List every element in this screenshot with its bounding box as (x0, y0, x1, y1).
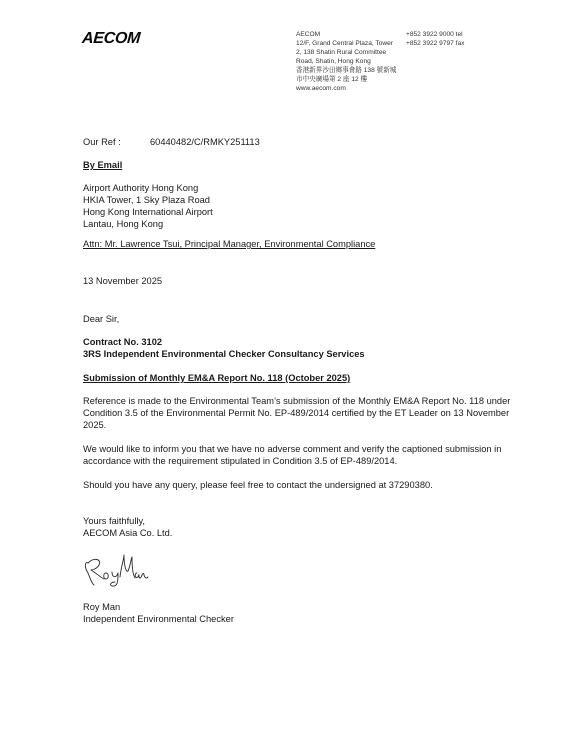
contract-number: Contract No. 3102 (83, 336, 365, 348)
signatory-block: Roy Man Independent Environmental Checke… (83, 601, 234, 625)
contract-title: 3RS Independent Environmental Checker Co… (83, 348, 365, 360)
body-paragraph-3: Should you have any query, please feel f… (83, 479, 513, 491)
subject-line: Submission of Monthly EM&A Report No. 11… (83, 372, 350, 384)
letterhead-contacts: +852 3922 9000 tel +852 3922 9797 fax (406, 30, 464, 48)
reference-label: Our Ref : (83, 136, 150, 148)
address-line: 香港新界沙田鄉事會路 138 號新城 (296, 66, 396, 75)
closing-block: Yours faithfully, AECOM Asia Co. Ltd. (83, 515, 172, 539)
letterhead-address: AECOM 12/F, Grand Central Plaza, Tower 2… (296, 30, 396, 93)
signatory-name: Roy Man (83, 601, 234, 613)
recipient-line: Hong Kong International Airport (83, 206, 213, 218)
address-line: AECOM (296, 30, 396, 39)
body-paragraph-1: Reference is made to the Environmental T… (83, 395, 513, 431)
address-line: 12/F, Grand Central Plaza, Tower (296, 39, 396, 48)
fax-number: +852 3922 9797 fax (406, 39, 464, 48)
recipient-line: Airport Authority Hong Kong (83, 182, 213, 194)
signatory-title: Independent Environmental Checker (83, 613, 234, 625)
contract-heading: Contract No. 3102 3RS Independent Enviro… (83, 336, 365, 360)
recipient-line: HKIA Tower, 1 Sky Plaza Road (83, 194, 213, 206)
phone-number: +852 3922 9000 tel (406, 30, 464, 39)
recipient-line: Lantau, Hong Kong (83, 218, 213, 230)
letter-page: AECOM AECOM 12/F, Grand Central Plaza, T… (0, 0, 567, 734)
company-name: AECOM Asia Co. Ltd. (83, 527, 172, 539)
aecom-logo: AECOM (81, 30, 140, 48)
body-paragraph-2: We would like to inform you that we have… (83, 443, 513, 467)
website-link[interactable]: www.aecom.com (296, 84, 396, 93)
salutation: Dear Sir, (83, 313, 119, 325)
address-line: 市中央廣場第 2 座 12 樓 (296, 75, 396, 84)
reference-line: Our Ref :60440482/C/RMKY251113 (83, 136, 260, 148)
address-line: 2, 138 Shatin Rural Committee (296, 48, 396, 57)
reference-value: 60440482/C/RMKY251113 (150, 137, 260, 147)
address-line: Road, Shatin, Hong Kong (296, 57, 396, 66)
letter-date: 13 November 2025 (83, 275, 162, 287)
valediction: Yours faithfully, (83, 515, 172, 527)
recipient-address: Airport Authority Hong Kong HKIA Tower, … (83, 182, 213, 230)
signature-icon (82, 553, 156, 587)
attention-line: Attn: Mr. Lawrence Tsui, Principal Manag… (83, 238, 375, 250)
delivery-method: By Email (83, 159, 122, 171)
